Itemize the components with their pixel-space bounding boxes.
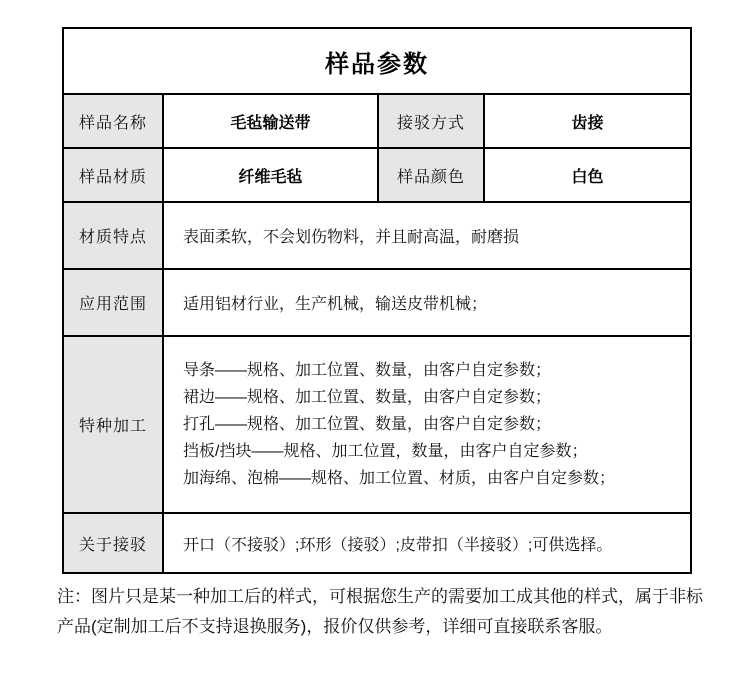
table-row: 样品名称 毛毡输送带 接驳方式 齿接 [63,94,691,148]
table-row: 材质特点 表面柔软，不会划伤物料，并且耐高温，耐磨损 [63,202,691,269]
table-row: 应用范围 适用铝材行业，生产机械，输送皮带机械； [63,269,691,336]
value-sample-name: 毛毡输送带 [163,94,378,148]
special-processing-line: 加海绵、泡棉——规格、加工位置、材质，由客户自定参数； [183,465,680,492]
label-special-processing: 特种加工 [63,336,163,513]
label-sample-material: 样品材质 [63,148,163,202]
value-special-processing: 导条——规格、加工位置、数量，由客户自定参数； 裙边——规格、加工位置、数量，由… [163,336,691,513]
value-about-joint: 开口（不接驳）;环形（接驳）;皮带扣（半接驳）;可供选择。 [163,513,691,573]
label-joint-method: 接驳方式 [378,94,484,148]
value-sample-color: 白色 [484,148,691,202]
spec-table: 样品参数 样品名称 毛毡输送带 接驳方式 齿接 样品材质 纤维毛毡 样品颜色 白… [62,27,692,574]
label-sample-name: 样品名称 [63,94,163,148]
special-processing-line: 导条——规格、加工位置、数量，由客户自定参数； [183,357,680,384]
footnote: 注：图片只是某一种加工后的样式，可根据您生产的需要加工成其他的样式，属于非标产品… [57,582,707,642]
value-application-scope: 适用铝材行业，生产机械，输送皮带机械； [163,269,691,336]
table-row: 特种加工 导条——规格、加工位置、数量，由客户自定参数； 裙边——规格、加工位置… [63,336,691,513]
table-row: 样品参数 [63,28,691,94]
label-material-features: 材质特点 [63,202,163,269]
special-processing-line: 裙边——规格、加工位置、数量，由客户自定参数； [183,384,680,411]
special-processing-line: 挡板/挡块——规格、加工位置，数量，由客户自定参数； [183,438,680,465]
label-application-scope: 应用范围 [63,269,163,336]
value-sample-material: 纤维毛毡 [163,148,378,202]
special-processing-line: 打孔——规格、加工位置、数量，由客户自定参数； [183,411,680,438]
table-title: 样品参数 [63,28,691,94]
product-spec-page: 样品参数 样品名称 毛毡输送带 接驳方式 齿接 样品材质 纤维毛毡 样品颜色 白… [0,0,750,679]
table-row: 关于接驳 开口（不接驳）;环形（接驳）;皮带扣（半接驳）;可供选择。 [63,513,691,573]
value-material-features: 表面柔软，不会划伤物料，并且耐高温，耐磨损 [163,202,691,269]
label-sample-color: 样品颜色 [378,148,484,202]
label-about-joint: 关于接驳 [63,513,163,573]
table-row: 样品材质 纤维毛毡 样品颜色 白色 [63,148,691,202]
value-joint-method: 齿接 [484,94,691,148]
